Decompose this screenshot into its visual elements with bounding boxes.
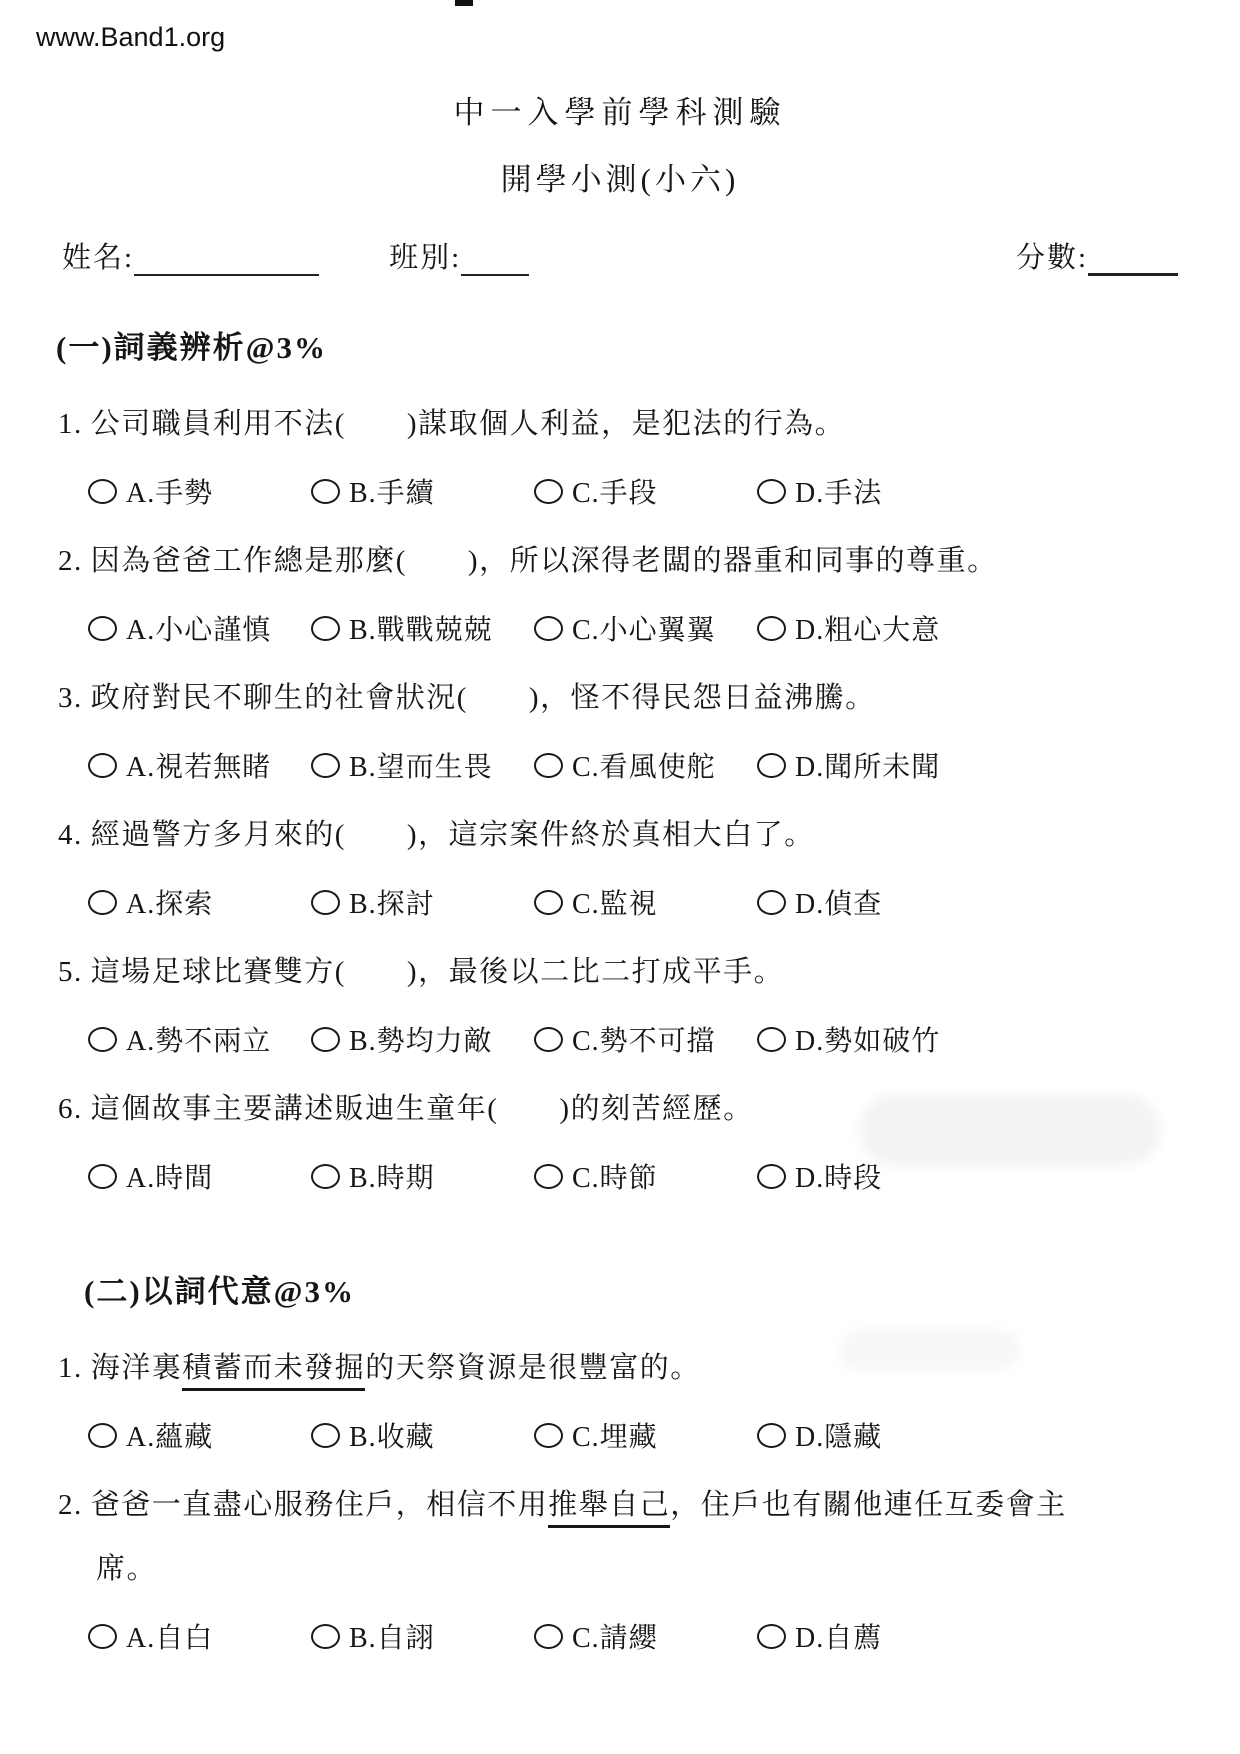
option-label: D.時段 — [795, 1156, 882, 1196]
radio-circle-icon[interactable] — [534, 890, 563, 915]
underlined-phrase: 推舉自己 — [548, 1489, 670, 1528]
option-c[interactable]: C.請纓 — [534, 1616, 757, 1656]
radio-circle-icon[interactable] — [311, 1164, 340, 1189]
option-label: C.埋藏 — [572, 1415, 658, 1455]
radio-circle-icon[interactable] — [534, 616, 563, 641]
option-d[interactable]: D.粗心大意 — [757, 608, 980, 648]
option-label: C.勢不可擋 — [572, 1019, 716, 1059]
question-stem: 1.公司職員利用不法( )謀取個人利益，是犯法的行為。 — [58, 401, 1200, 447]
option-d[interactable]: D.時段 — [757, 1156, 980, 1196]
question-text: 經過警方多月來的( )，這宗案件終於真相大白了。 — [91, 819, 815, 851]
option-label: A.探索 — [126, 882, 213, 922]
option-label: B.探討 — [349, 882, 435, 922]
option-c[interactable]: C.手段 — [534, 471, 757, 511]
option-label: C.請纓 — [572, 1616, 658, 1656]
question-2-2: 2.爸爸一直盡心服務住戶，相信不用推舉自己，住戶也有關他連任互委會主 席。 A.… — [58, 1482, 1200, 1656]
question-1-3: 3.政府對民不聊生的社會狀況( )，怪不得民怨日益沸騰。 A.視若無睹 B.望而… — [58, 675, 1200, 785]
options-row: A.手勢 B.手續 C.手段 D.手法 — [88, 471, 1200, 511]
radio-circle-icon[interactable] — [534, 1027, 563, 1052]
question-2-1: 1.海洋裏積蓄而未發掘的天祭資源是很豐富的。 A.蘊藏 B.收藏 C.埋藏 D.… — [58, 1345, 1200, 1455]
option-d[interactable]: D.聞所未聞 — [757, 745, 980, 785]
option-d[interactable]: D.自薦 — [757, 1616, 980, 1656]
class-field: 班別: — [389, 235, 529, 276]
radio-circle-icon[interactable] — [757, 1423, 786, 1448]
question-text: 海洋裏 — [91, 1352, 183, 1384]
option-label: D.粗心大意 — [795, 608, 940, 648]
option-b[interactable]: B.收藏 — [311, 1415, 534, 1455]
option-c[interactable]: C.勢不可擋 — [534, 1019, 757, 1059]
question-text: ，住戶也有關他連任互委會主 — [670, 1489, 1067, 1521]
option-label: B.手續 — [349, 471, 435, 511]
radio-circle-icon[interactable] — [311, 616, 340, 641]
option-c[interactable]: C.看風使舵 — [534, 745, 757, 785]
option-label: A.小心謹慎 — [126, 608, 271, 648]
radio-circle-icon[interactable] — [88, 1423, 117, 1448]
option-label: D.聞所未聞 — [795, 745, 940, 785]
section-2-heading: (二)以詞代意@3% — [84, 1266, 1240, 1311]
option-b[interactable]: B.勢均力敵 — [311, 1019, 534, 1059]
question-text: 爸爸一直盡心服務住戶，相信不用 — [91, 1489, 549, 1521]
radio-circle-icon[interactable] — [757, 1164, 786, 1189]
option-label: A.勢不兩立 — [126, 1019, 271, 1059]
option-a[interactable]: A.手勢 — [88, 471, 311, 511]
question-number: 2. — [58, 1489, 83, 1521]
radio-circle-icon[interactable] — [534, 1423, 563, 1448]
question-number: 3. — [58, 682, 83, 714]
option-label: C.小心翼翼 — [572, 608, 716, 648]
option-label: A.蘊藏 — [126, 1415, 213, 1455]
radio-circle-icon[interactable] — [88, 1624, 117, 1649]
radio-circle-icon[interactable] — [88, 616, 117, 641]
option-d[interactable]: D.偵查 — [757, 882, 980, 922]
radio-circle-icon[interactable] — [757, 616, 786, 641]
question-number: 2. — [58, 545, 83, 577]
question-text: 的天祭資源是很豐富的。 — [365, 1352, 701, 1384]
option-label: C.手段 — [572, 471, 658, 511]
question-number: 1. — [58, 1352, 83, 1384]
radio-circle-icon[interactable] — [311, 1423, 340, 1448]
class-label: 班別: — [389, 235, 461, 276]
option-b[interactable]: B.時期 — [311, 1156, 534, 1196]
option-label: D.手法 — [795, 471, 882, 511]
question-text: 因為爸爸工作總是那麼( )，所以深得老闆的器重和同事的尊重。 — [91, 545, 998, 577]
question-1-4: 4.經過警方多月來的( )，這宗案件終於真相大白了。 A.探索 B.探討 C.監… — [58, 812, 1200, 922]
name-label: 姓名: — [62, 235, 134, 276]
option-b[interactable]: B.戰戰兢兢 — [311, 608, 534, 648]
question-stem: 2.爸爸一直盡心服務住戶，相信不用推舉自己，住戶也有關他連任互委會主 — [58, 1482, 1200, 1528]
question-text: 這場足球比賽雙方( )，最後以二比二打成平手。 — [91, 956, 784, 988]
radio-circle-icon[interactable] — [88, 890, 117, 915]
option-c[interactable]: C.埋藏 — [534, 1415, 757, 1455]
question-1-6: 6.這個故事主要講述販迪生童年( )的刻苦經歷。 A.時間 B.時期 C.時節 … — [58, 1086, 1200, 1196]
option-c[interactable]: C.小心翼翼 — [534, 608, 757, 648]
option-a[interactable]: A.勢不兩立 — [88, 1019, 311, 1059]
options-row: A.探索 B.探討 C.監視 D.偵查 — [88, 882, 1200, 922]
radio-circle-icon[interactable] — [311, 1624, 340, 1649]
question-text-continuation: 席。 — [96, 1546, 1200, 1592]
radio-circle-icon[interactable] — [88, 753, 117, 778]
option-label: C.監視 — [572, 882, 658, 922]
option-b[interactable]: B.探討 — [311, 882, 534, 922]
question-stem: 2.因為爸爸工作總是那麼( )，所以深得老闆的器重和同事的尊重。 — [58, 538, 1200, 584]
radio-circle-icon[interactable] — [88, 479, 117, 504]
name-blank[interactable] — [134, 242, 319, 276]
radio-circle-icon[interactable] — [757, 479, 786, 504]
question-stem: 3.政府對民不聊生的社會狀況( )，怪不得民怨日益沸騰。 — [58, 675, 1200, 721]
question-number: 6. — [58, 1093, 83, 1125]
question-number: 5. — [58, 956, 83, 988]
option-label: B.戰戰兢兢 — [349, 608, 493, 648]
option-label: D.偵查 — [795, 882, 882, 922]
question-number: 1. — [58, 408, 83, 440]
option-c[interactable]: C.時節 — [534, 1156, 757, 1196]
option-b[interactable]: B.望而生畏 — [311, 745, 534, 785]
question-stem: 4.經過警方多月來的( )，這宗案件終於真相大白了。 — [58, 812, 1200, 858]
option-label: A.時間 — [126, 1156, 213, 1196]
underlined-phrase: 積蓄而未發掘 — [182, 1352, 365, 1391]
page-title: 中一入學前學科測驗 — [0, 87, 1240, 132]
option-label: A.自白 — [126, 1616, 213, 1656]
question-text: 這個故事主要講述販迪生童年( )的刻苦經歷。 — [91, 1093, 754, 1125]
radio-circle-icon[interactable] — [534, 753, 563, 778]
option-label: B.時期 — [349, 1156, 435, 1196]
question-stem: 6.這個故事主要講述販迪生童年( )的刻苦經歷。 — [58, 1086, 1200, 1132]
scanned-test-paper: www.Band1.org 中一入學前學科測驗 開學小測(小六) 姓名: 班別:… — [0, 0, 1240, 1754]
options-row: A.時間 B.時期 C.時節 D.時段 — [88, 1156, 1200, 1196]
option-label: C.看風使舵 — [572, 745, 716, 785]
class-blank[interactable] — [461, 242, 529, 276]
options-row: A.勢不兩立 B.勢均力敵 C.勢不可擋 D.勢如破竹 — [88, 1019, 1200, 1059]
option-label: D.隱藏 — [795, 1415, 882, 1455]
question-stem: 1.海洋裏積蓄而未發掘的天祭資源是很豐富的。 — [58, 1345, 1200, 1391]
option-label: D.自薦 — [795, 1616, 882, 1656]
radio-circle-icon[interactable] — [88, 1027, 117, 1052]
question-text: 公司職員利用不法( )謀取個人利益，是犯法的行為。 — [91, 408, 845, 440]
option-a[interactable]: A.探索 — [88, 882, 311, 922]
question-1-1: 1.公司職員利用不法( )謀取個人利益，是犯法的行為。 A.手勢 B.手續 C.… — [58, 401, 1200, 511]
options-row: A.蘊藏 B.收藏 C.埋藏 D.隱藏 — [88, 1415, 1200, 1455]
option-label: B.收藏 — [349, 1415, 435, 1455]
option-d[interactable]: D.手法 — [757, 471, 980, 511]
option-label: B.望而生畏 — [349, 745, 493, 785]
site-url: www.Band1.org — [0, 0, 1240, 53]
option-label: B.自詡 — [349, 1616, 435, 1656]
radio-circle-icon[interactable] — [534, 1624, 563, 1649]
option-label: C.時節 — [572, 1156, 658, 1196]
radio-circle-icon[interactable] — [311, 1027, 340, 1052]
score-blank[interactable] — [1088, 241, 1178, 276]
name-field: 姓名: — [62, 235, 319, 276]
score-label: 分數: — [1016, 235, 1088, 276]
page-subtitle: 開學小測(小六) — [0, 154, 1240, 199]
radio-circle-icon[interactable] — [534, 1164, 563, 1189]
options-row: A.視若無睹 B.望而生畏 C.看風使舵 D.聞所未聞 — [88, 745, 1200, 785]
radio-circle-icon[interactable] — [534, 479, 563, 504]
option-a[interactable]: A.視若無睹 — [88, 745, 311, 785]
score-field: 分數: — [1016, 235, 1178, 276]
radio-circle-icon[interactable] — [311, 753, 340, 778]
option-a[interactable]: A.小心謹慎 — [88, 608, 311, 648]
radio-circle-icon[interactable] — [757, 1027, 786, 1052]
question-stem: 5.這場足球比賽雙方( )，最後以二比二打成平手。 — [58, 949, 1200, 995]
question-1-5: 5.這場足球比賽雙方( )，最後以二比二打成平手。 A.勢不兩立 B.勢均力敵 … — [58, 949, 1200, 1059]
option-d[interactable]: D.勢如破竹 — [757, 1019, 980, 1059]
option-d[interactable]: D.隱藏 — [757, 1415, 980, 1455]
option-label: D.勢如破竹 — [795, 1019, 940, 1059]
radio-circle-icon[interactable] — [88, 1164, 117, 1189]
radio-circle-icon[interactable] — [311, 479, 340, 504]
option-label: B.勢均力敵 — [349, 1019, 493, 1059]
options-row: A.小心謹慎 B.戰戰兢兢 C.小心翼翼 D.粗心大意 — [88, 608, 1200, 648]
option-c[interactable]: C.監視 — [534, 882, 757, 922]
question-number: 4. — [58, 819, 83, 851]
options-row: A.自白 B.自詡 C.請纓 D.自薦 — [88, 1616, 1200, 1656]
option-a[interactable]: A.自白 — [88, 1616, 311, 1656]
option-b[interactable]: B.手續 — [311, 471, 534, 511]
radio-circle-icon[interactable] — [757, 753, 786, 778]
student-info-row: 姓名: 班別: 分數: — [62, 235, 1178, 276]
radio-circle-icon[interactable] — [757, 890, 786, 915]
option-a[interactable]: A.蘊藏 — [88, 1415, 311, 1455]
radio-circle-icon[interactable] — [757, 1624, 786, 1649]
radio-circle-icon[interactable] — [311, 890, 340, 915]
question-1-2: 2.因為爸爸工作總是那麼( )，所以深得老闆的器重和同事的尊重。 A.小心謹慎 … — [58, 538, 1200, 648]
option-a[interactable]: A.時間 — [88, 1156, 311, 1196]
section-1-heading: (一)詞義辨析@3% — [56, 322, 1240, 367]
option-b[interactable]: B.自詡 — [311, 1616, 534, 1656]
question-text: 政府對民不聊生的社會狀況( )，怪不得民怨日益沸騰。 — [91, 682, 876, 714]
option-label: A.手勢 — [126, 471, 213, 511]
option-label: A.視若無睹 — [126, 745, 271, 785]
